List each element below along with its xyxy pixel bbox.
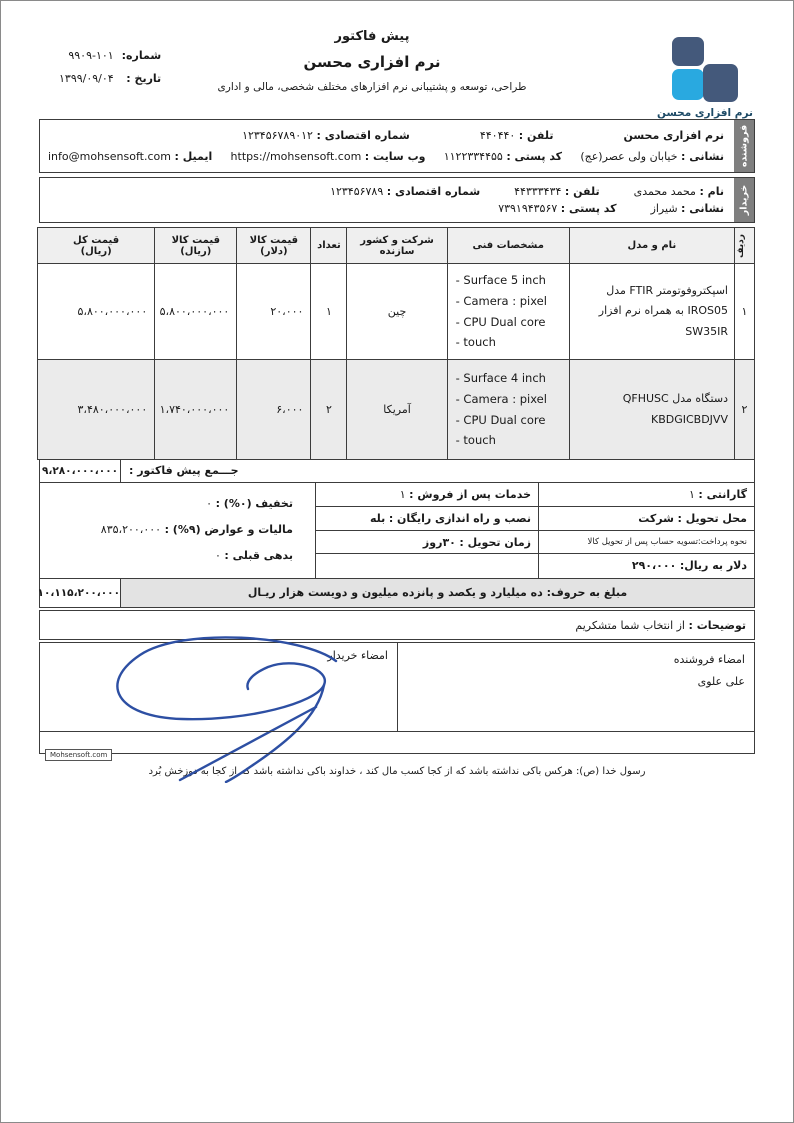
buyer-postal-value: ۷۳۹۱۹۴۳۵۶۷ [498, 202, 557, 215]
delivery-place-row: محل تحویل : شرکت [539, 507, 754, 531]
invoice-page: شماره: ۹۹۰۹-۱۰۱ تاریخ : ۱۳۹۹/۰۹/۰۴ پیش ف… [0, 0, 794, 1123]
seller-postal-value: ۱۱۲۲۳۳۴۴۵۵ [444, 150, 503, 163]
col-name-model: نام و مدل [569, 228, 734, 264]
col-total-rial: قیمت کل(ریال) [38, 228, 155, 264]
item1-specs: - Surface 5 inch - Camera : pixel - CPU … [447, 264, 569, 360]
seller-signature-label: امضاء فروشنده [407, 649, 745, 671]
item1-name: اسپکتروفوتومتر FTIR مدل IROS05 به همراه … [569, 264, 734, 360]
buyer-details: نام : محمد محمدی تلفن : ۴۴۳۳۳۴۳۴ شماره ا… [40, 178, 734, 222]
seller-email-label: ایمیل : [174, 150, 212, 163]
terms-column-middle: خدمات پس از فروش : ۱ نصب و راه اندازی را… [315, 483, 539, 578]
item1-quantity: ۱ [311, 264, 347, 360]
buyer-signature-image [88, 631, 360, 783]
buyer-address-value: شیراز [651, 202, 678, 215]
item-row-2: ۲ دستگاه مدل QFHUSC KBDGICBDJVV - Surfac… [38, 360, 755, 460]
terms-section: گارانتی : ۱ محل تحویل : شرکت نحوه پرداخت… [39, 482, 755, 579]
after-sales-row: خدمات پس از فروش : ۱ [316, 483, 538, 507]
terms-column-right: گارانتی : ۱ محل تحویل : شرکت نحوه پرداخت… [539, 483, 754, 578]
seller-economic-label: شماره اقتصادی : [316, 129, 409, 142]
seller-email-link[interactable]: info@mohsensoft.com [48, 150, 171, 163]
seller-website-label: وب سایت : [365, 150, 426, 163]
company-subtitle: طراحی، توسعه و پشتیبانی نرم افزارهای مخت… [151, 81, 593, 93]
seller-tab-label: فروشنده [739, 125, 750, 167]
company-logo: نرم افزاری محسن [649, 37, 761, 119]
seller-signature-name: علی علوی [407, 671, 745, 693]
col-specs: مشخصات فنی [447, 228, 569, 264]
col-row-number: ردیف [734, 228, 754, 264]
items-table: ردیف نام و مدل مشخصات فنی شرکت و کشورساز… [37, 227, 755, 460]
item1-row-number: ۱ [734, 264, 754, 360]
col-quantity: تعداد [311, 228, 347, 264]
item1-country: چین [347, 264, 447, 360]
invoice-number-line: شماره: ۹۹۰۹-۱۰۱ [59, 49, 161, 62]
item1-total-rial: ۵،۸۰۰،۰۰۰،۰۰۰ [38, 264, 155, 360]
buyer-phone-label: تلفن : [565, 185, 600, 198]
item2-country: آمریکا [347, 360, 447, 460]
terms-empty-row [316, 554, 538, 578]
item1-price-usd: ۲۰،۰۰۰ [237, 264, 311, 360]
seller-signature-cell: امضاء فروشنده علی علوی [397, 643, 754, 731]
logo-square-dark-top-icon [672, 37, 704, 66]
dollar-rate-row: دلار به ریال: ۲۹۰،۰۰۰ [539, 554, 754, 578]
footer-box: Mohsensoft.com [39, 731, 755, 754]
item2-price-usd: ۶،۰۰۰ [237, 360, 311, 460]
buyer-phone-value: ۴۴۳۳۳۴۳۴ [514, 185, 561, 198]
terms-column-left: تخفیف (۰%) : ۰ مالیات و عوارض (۹%) : ۸۳۵… [40, 483, 315, 578]
seller-phone-value: ۴۴۰۴۴۰ [480, 129, 515, 142]
item2-quantity: ۲ [311, 360, 347, 460]
seller-side-tab: فروشنده [734, 120, 754, 172]
company-title: نرم افزاری محسن [151, 53, 593, 71]
seller-name: نرم افزاری محسن [623, 129, 724, 142]
item2-price-rial: ۱،۷۴۰،۰۰۰،۰۰۰ [155, 360, 237, 460]
seller-economic-value: ۱۲۳۴۵۶۷۸۹۰۱۲ [242, 129, 313, 142]
warranty-row: گارانتی : ۱ [539, 483, 754, 507]
item1-price-rial: ۵،۸۰۰،۰۰۰،۰۰۰ [155, 264, 237, 360]
notes-label: توضیحات : [689, 619, 747, 632]
buyer-box: خریدار نام : محمد محمدی تلفن : ۴۴۳۳۳۴۳۴ … [39, 177, 755, 223]
delivery-time-row: زمان تحویل : ۳۰روز [316, 531, 538, 555]
buyer-name-label: نام : [699, 185, 724, 198]
invoice-number-value: ۹۹۰۹-۱۰۱ [68, 49, 113, 62]
buyer-postal-label: کد پستی : [561, 202, 617, 215]
buyer-address-label: نشانی : [681, 202, 724, 215]
document-type-title: پیش فاکتور [151, 29, 593, 44]
seller-phone-label: تلفن : [519, 129, 554, 142]
seller-postal-label: کد پستی : [506, 150, 562, 163]
invoice-date-value: ۱۳۹۹/۰۹/۰۴ [59, 72, 114, 85]
invoice-date-line: تاریخ : ۱۳۹۹/۰۹/۰۴ [59, 72, 161, 85]
logo-square-blue-icon [672, 69, 704, 100]
seller-details: نرم افزاری محسن تلفن : ۴۴۰۴۴۰ شماره اقتص… [40, 120, 734, 172]
logo-squares-icon [672, 37, 738, 104]
item2-total-rial: ۳،۴۸۰،۰۰۰،۰۰۰ [38, 360, 155, 460]
logo-square-dark-right-icon [703, 64, 738, 102]
payment-method-row: نحوه پرداخت:تسویه حساب پس از تحویل کالا [539, 531, 754, 555]
seller-box: فروشنده نرم افزاری محسن تلفن : ۴۴۰۴۴۰ شم… [39, 119, 755, 173]
items-header-row: ردیف نام و مدل مشخصات فنی شرکت و کشورساز… [38, 228, 755, 264]
item2-specs: - Surface 4 inch - Camera : pixel - CPU … [447, 360, 569, 460]
header-titles: پیش فاکتور نرم افزاری محسن طراحی، توسعه … [151, 29, 593, 93]
buyer-signature-cell: امضاء خریدار [40, 643, 397, 731]
previous-debt-line: بدهی قبلی : ۰ [48, 543, 293, 569]
buyer-economic-label: شماره اقتصادی : [387, 185, 480, 198]
notes-text: از انتخاب شما متشکریم [575, 619, 685, 632]
amount-in-words-text: مبلغ به حروف: ده میلیارد و یکصد و پانزده… [121, 579, 754, 607]
item2-name: دستگاه مدل QFHUSC KBDGICBDJVV [569, 360, 734, 460]
grand-total-value: ۱۰،۱۱۵،۲۰۰،۰۰۰ [40, 579, 121, 607]
invoice-sum-row: جـــمع پیش فاکتور : ۹،۲۸۰،۰۰۰،۰۰۰ [39, 459, 755, 483]
item-row-1: ۱ اسپکتروفوتومتر FTIR مدل IROS05 به همرا… [38, 264, 755, 360]
invoice-sum-label: جـــمع پیش فاکتور : [121, 460, 754, 482]
installation-row: نصب و راه اندازی رایگان : بله [316, 507, 538, 531]
col-price-usd: قیمت کالا(دلار) [237, 228, 311, 264]
col-price-rial: قیمت کالا(ریال) [155, 228, 237, 264]
invoice-sum-value: ۹،۲۸۰،۰۰۰،۰۰۰ [40, 460, 121, 482]
buyer-name-value: محمد محمدی [634, 185, 696, 198]
header: شماره: ۹۹۰۹-۱۰۱ تاریخ : ۱۳۹۹/۰۹/۰۴ پیش ف… [1, 1, 793, 119]
buyer-economic-value: ۱۲۳۴۵۶۷۸۹ [330, 185, 383, 198]
invoice-meta: شماره: ۹۹۰۹-۱۰۱ تاریخ : ۱۳۹۹/۰۹/۰۴ [59, 49, 161, 95]
col-manufacturer: شرکت و کشورسازنده [347, 228, 447, 264]
signatures-section: امضاء فروشنده علی علوی امضاء خریدار [39, 642, 755, 732]
tax-line: مالیات و عوارض (۹%) : ۸۳۵،۲۰۰،۰۰۰ [48, 517, 293, 543]
brand-tag: Mohsensoft.com [45, 749, 112, 761]
discount-line: تخفیف (۰%) : ۰ [48, 491, 293, 517]
seller-address-value: خیابان ولی عصر(عج) [580, 150, 677, 163]
logo-text: نرم افزاری محسن [649, 107, 761, 119]
amount-in-words-row: مبلغ به حروف: ده میلیارد و یکصد و پانزده… [39, 578, 755, 608]
buyer-side-tab: خریدار [734, 178, 754, 222]
buyer-tab-label: خریدار [739, 185, 750, 216]
item2-row-number: ۲ [734, 360, 754, 460]
seller-address-label: نشانی : [681, 150, 724, 163]
seller-website-link[interactable]: https://mohsensoft.com [231, 150, 362, 163]
